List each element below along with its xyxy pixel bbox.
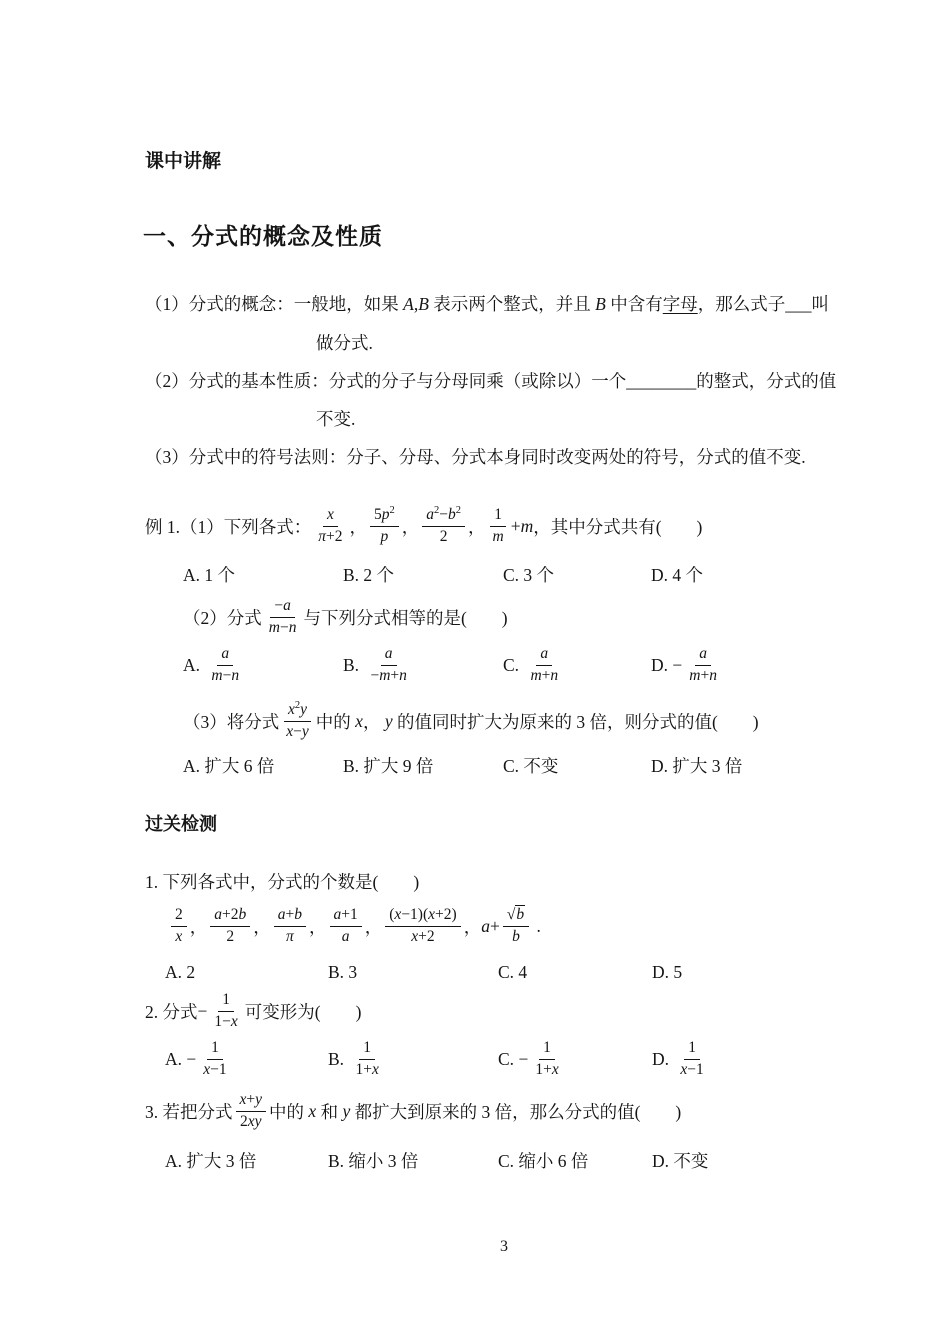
option-B: B. a−m+n [343,641,414,689]
page-number: 3 [500,1238,508,1256]
check-q2-line: 2. 分式−11−x可变形为( ) [145,988,361,1034]
option-B: B. 11+x [328,1036,386,1082]
option-A: A. am−n [183,641,246,689]
option-C: C. −11+x [498,1036,566,1082]
concept1-line1: （1）分式的概念：一般地，如果 A,B 表示两个整式，并且 B 中含有字母，那么… [145,291,829,316]
example1-q2-options: A. am−nB. a−m+nC. am+nD. −am+n [183,641,883,689]
concept1-line2: 做分式. [316,330,373,355]
option-A: A. −1x−1 [165,1036,234,1082]
fraction: a+bπ [274,906,306,946]
check-q3-line: 3. 若把分式x+y2xy中的 x 和 y 都扩大到原来的 3 倍，那么分式的值… [145,1088,681,1134]
fraction: √bb [503,906,529,946]
worksheet-page: 课中讲解 一、分式的概念及性质 （1）分式的概念：一般地，如果 A,B 表示两个… [0,0,950,1344]
fraction: a+2b2 [210,906,250,946]
fraction: 1m [489,506,508,546]
fraction: x2yx−y [282,701,313,741]
fraction: (x−1)(x+2)x+2 [385,906,460,946]
example1-q3-options: A. 扩大 6 倍B. 扩大 9 倍C. 不变D. 扩大 3 倍 [183,753,883,777]
option-A: A. 1 个 [183,562,235,586]
option-D: D. −am+n [651,641,724,689]
check-q1-line: 1. 下列各式中，分式的个数是( ) [145,869,419,894]
option-A: A. 2 [165,960,195,984]
fraction: a−m+n [366,645,410,685]
fraction: 11+x [531,1039,562,1079]
option-C: C. 不变 [503,753,558,777]
option-A: A. 扩大 3 倍 [165,1148,256,1172]
concept2-line1: （2）分式的基本性质：分式的分子与分母同乘（或除以）一个________的整式，… [145,368,836,393]
fraction: a+1a [330,906,362,946]
example1-intro: 例 1.（1）下列各式：xπ+2，5p2p，a2−b22，1m+m，其中分式共有… [145,498,702,554]
concept3-line: （3）分式中的符号法则：分子、分母、分式本身同时改变两处的符号，分式的值不变. [145,444,806,469]
fraction: 2x [171,906,187,946]
option-D: D. 不变 [652,1148,708,1172]
option-B: B. 2 个 [343,562,394,586]
fraction: 1x−1 [199,1039,230,1079]
fraction: 11+x [351,1039,382,1079]
lecture-heading: 课中讲解 [145,146,221,173]
fraction: am+n [526,645,562,685]
option-D: D. 1x−1 [652,1036,711,1082]
example1-q3-line: （3）将分式x2yx−y中的 x， y 的值同时扩大为原来的 3 倍，则分式的值… [183,696,759,746]
fraction: 11−x [210,991,241,1031]
fraction: am+n [685,645,721,685]
fraction: a2−b22 [422,506,465,546]
option-D: D. 4 个 [651,562,703,586]
fraction: x+y2xy [236,1091,267,1131]
example1-q2-line: （2）分式−am−n与下列分式相等的是( ) [183,593,508,641]
fraction: xπ+2 [314,506,346,546]
option-C: C. am+n [503,641,565,689]
option-B: B. 扩大 9 倍 [343,753,433,777]
check-q1-options: A. 2B. 3C. 4D. 5 [165,960,865,984]
concept2-line2: 不变. [316,406,355,431]
fraction: −am−n [265,597,301,637]
check-q1-expressions: 2x，a+2b2，a+bπ，a+1a，(x−1)(x+2)x+2，a+√bb . [168,900,541,952]
option-D: D. 扩大 3 倍 [651,753,742,777]
option-A: A. 扩大 6 倍 [183,753,274,777]
option-C: C. 4 [498,960,527,984]
example1-q1-options: A. 1 个B. 2 个C. 3 个D. 4 个 [183,562,883,586]
option-C: C. 缩小 6 倍 [498,1148,588,1172]
check-q3-options: A. 扩大 3 倍B. 缩小 3 倍C. 缩小 6 倍D. 不变 [165,1148,865,1172]
fraction: 1x−1 [676,1039,707,1079]
fraction: 5p2p [370,506,399,546]
check-heading: 过关检测 [145,810,217,836]
check-q2-options: A. −1x−1B. 11+xC. −11+xD. 1x−1 [165,1036,865,1082]
option-B: B. 3 [328,960,357,984]
option-C: C. 3 个 [503,562,554,586]
fraction: am−n [207,645,243,685]
option-B: B. 缩小 3 倍 [328,1148,418,1172]
option-D: D. 5 [652,960,682,984]
section-heading: 一、分式的概念及性质 [143,218,383,251]
